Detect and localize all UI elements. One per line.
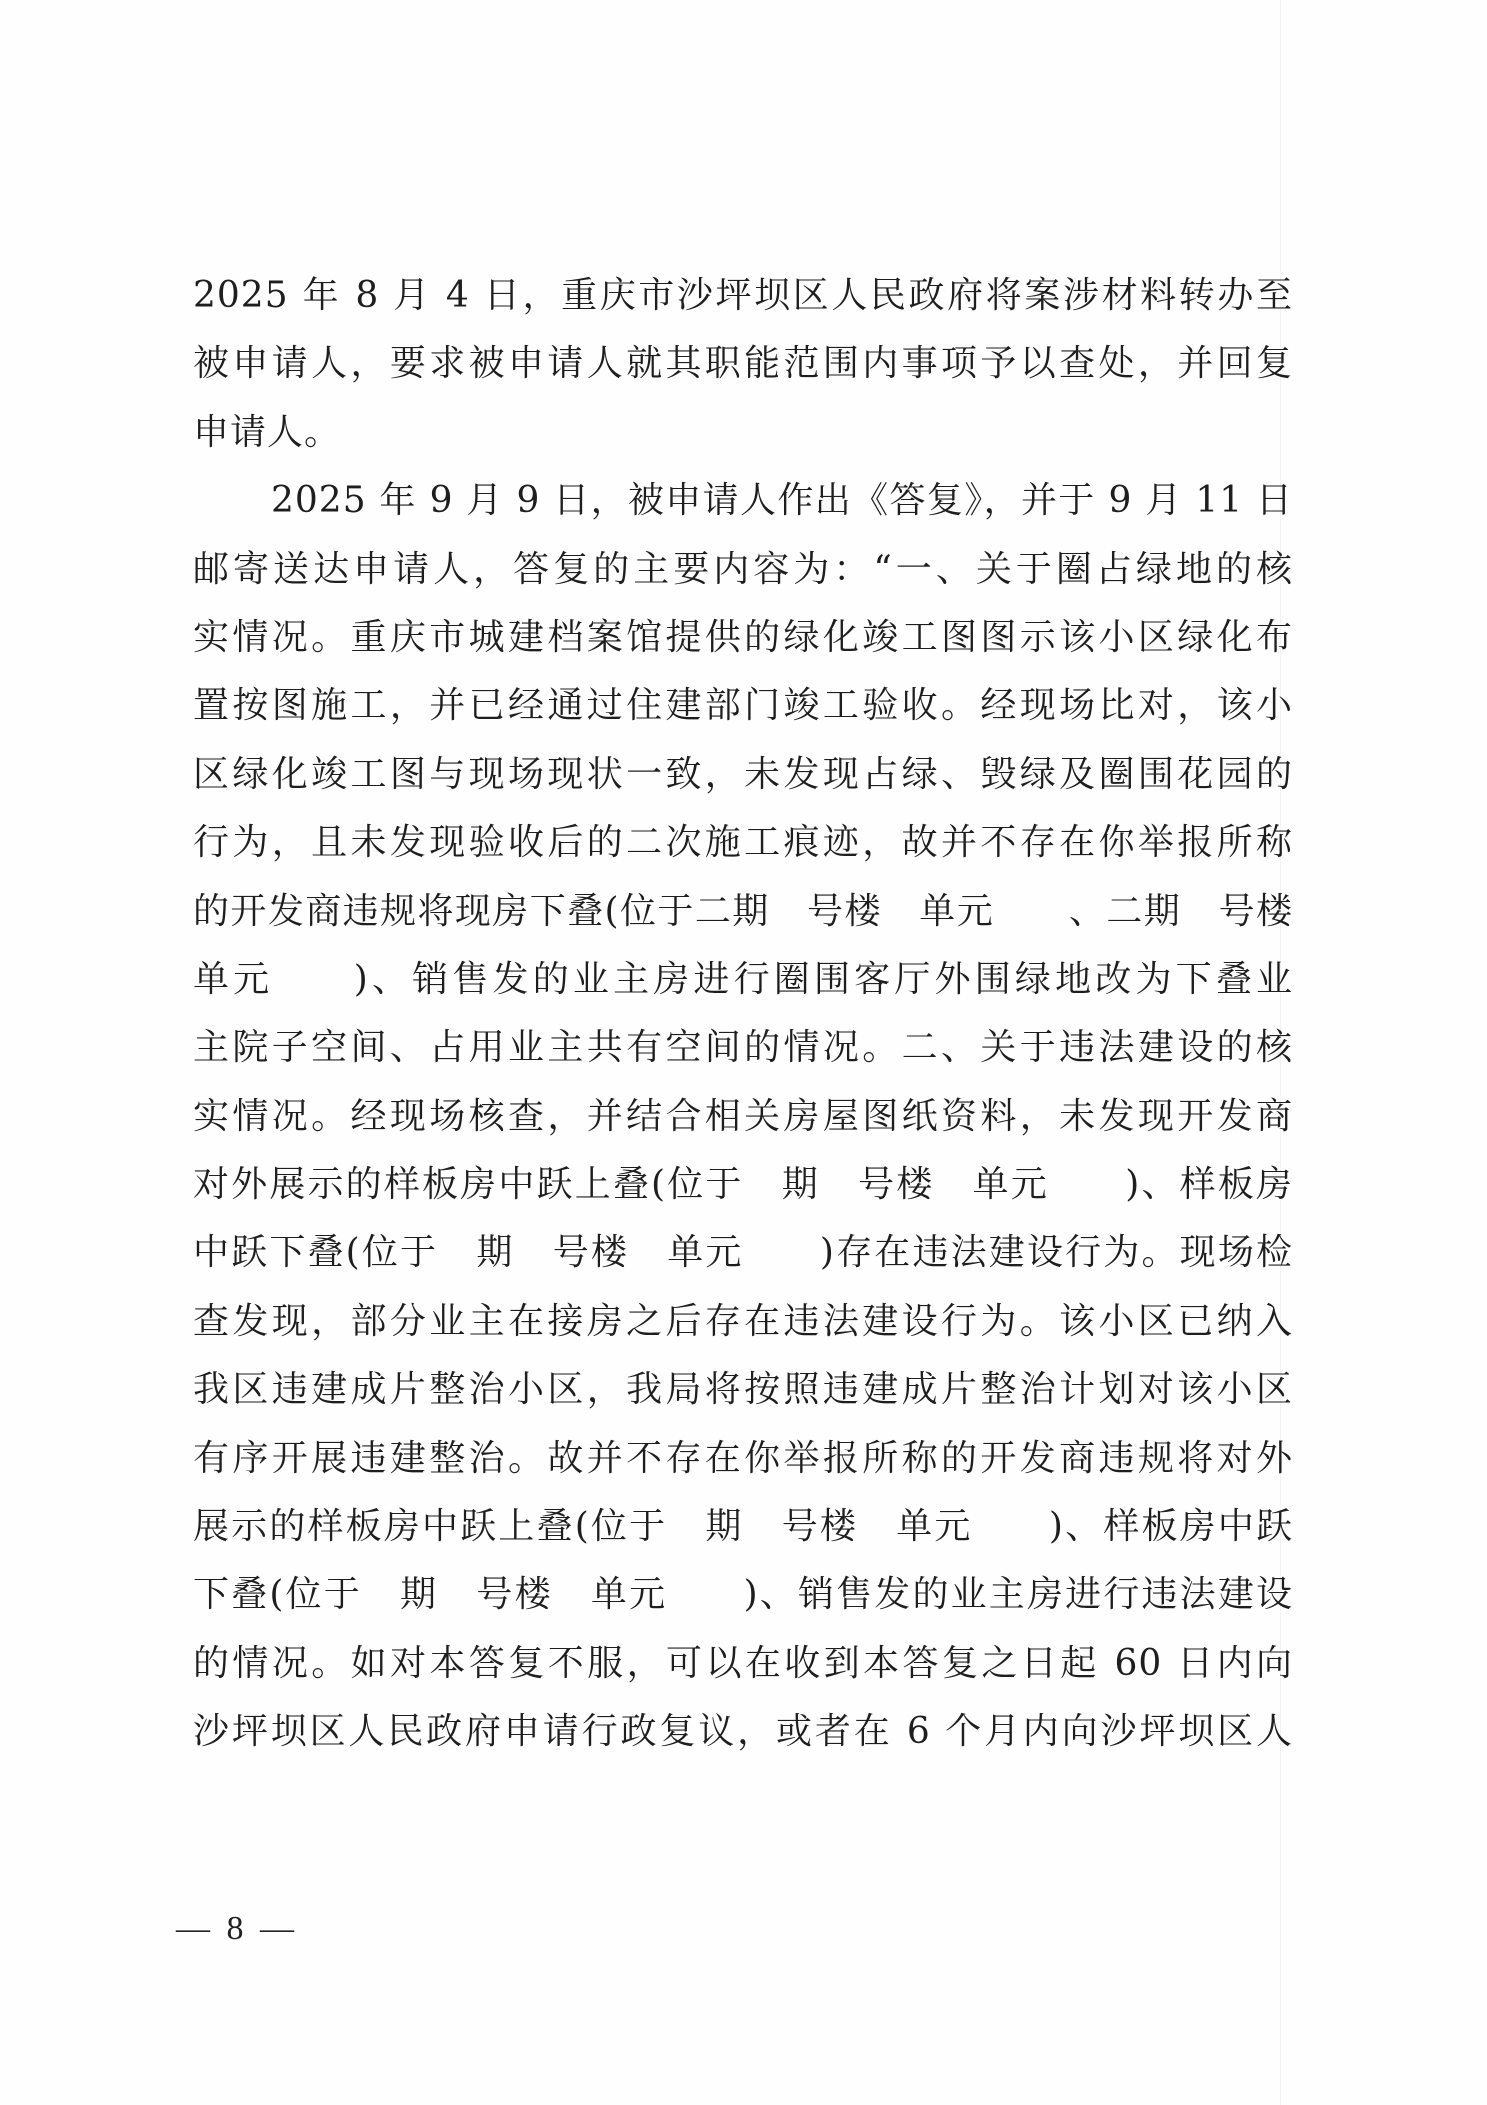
page-number: — 8 — (176, 1910, 298, 1948)
paragraph-line: 我区违建成片整治小区，我局将按照违建成片整治计划对该小区 (193, 1356, 1293, 1424)
paragraph-line: 展示的样板房中跃上叠(位于 期 号楼 单元 )、样板房中跃 (193, 1493, 1293, 1561)
paragraph-line: 主院子空间、占用业主共有空间的情况。二、关于违法建设的核 (193, 1014, 1293, 1082)
paragraph-line: 沙坪坝区人民政府申请行政复议，或者在 6 个月内向沙坪坝区人 (193, 1698, 1293, 1766)
paragraph-line: 的开发商违规将现房下叠(位于二期 号楼 单元 、二期 号楼 (193, 878, 1293, 946)
paragraph-line: 邮寄送达申请人，答复的主要内容为：“一、关于圈占绿地的核 (193, 536, 1293, 604)
paragraph-line: 实情况。重庆市城建档案馆提供的绿化竣工图图示该小区绿化布 (193, 604, 1293, 672)
paragraph-line: 申请人。 (193, 399, 1293, 467)
document-page: 2025 年 8 月 4 日，重庆市沙坪坝区人民政府将案涉材料转办至 被申请人，… (0, 0, 1487, 2105)
paragraph-line: 2025 年 9 月 9 日，被申请人作出《答复》，并于 9 月 11 日 (193, 467, 1293, 535)
paragraph-line: 对外展示的样板房中跃上叠(位于 期 号楼 单元 )、样板房 (193, 1151, 1293, 1219)
paragraph-line: 行为，且未发现验收后的二次施工痕迹，故并不存在你举报所称 (193, 809, 1293, 877)
paragraph-line: 单元 )、销售发的业主房进行圈围客厅外围绿地改为下叠业 (193, 946, 1293, 1014)
paragraph-line: 下叠(位于 期 号楼 单元 )、销售发的业主房进行违法建设 (193, 1561, 1293, 1629)
paragraph-line: 的情况。如对本答复不服，可以在收到本答复之日起 60 日内向 (193, 1630, 1293, 1698)
paragraph-line: 被申请人，要求被申请人就其职能范围内事项予以查处，并回复 (193, 330, 1293, 398)
paragraph-line: 2025 年 8 月 4 日，重庆市沙坪坝区人民政府将案涉材料转办至 (193, 262, 1293, 330)
paragraph-line: 中跃下叠(位于 期 号楼 单元 )存在违法建设行为。现场检 (193, 1219, 1293, 1287)
paragraph-line: 置按图施工，并已经通过住建部门竣工验收。经现场比对，该小 (193, 672, 1293, 740)
paragraph-line: 实情况。经现场核查，并结合相关房屋图纸资料，未发现开发商 (193, 1083, 1293, 1151)
paragraph-line: 有序开展违建整治。故并不存在你举报所称的开发商违规将对外 (193, 1425, 1293, 1493)
body-text: 2025 年 8 月 4 日，重庆市沙坪坝区人民政府将案涉材料转办至 被申请人，… (193, 262, 1293, 1767)
paragraph-line: 查发现，部分业主在接房之后存在违法建设行为。该小区已纳入 (193, 1288, 1293, 1356)
paragraph-line: 区绿化竣工图与现场现状一致，未发现占绿、毁绿及圈围花园的 (193, 741, 1293, 809)
